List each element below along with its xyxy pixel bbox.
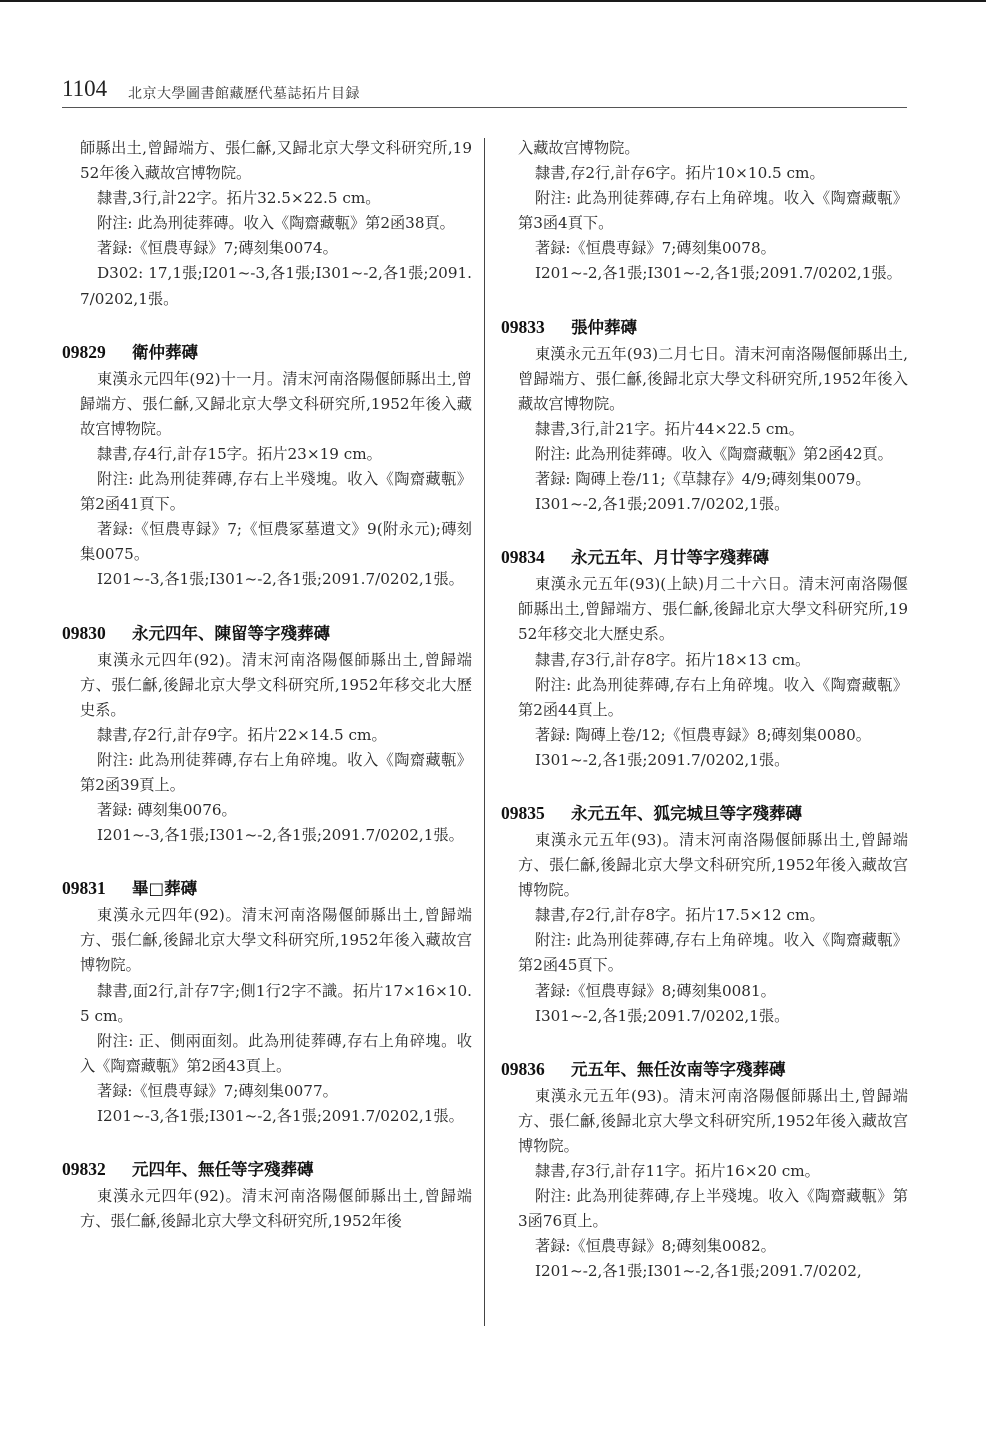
entry-title: 元五年、無任汝南等字殘葬磚	[571, 1060, 786, 1079]
entry-paragraph: 著録:《恒農専録》7;《恒農冢墓遺文》9(附永元);磚刻集0075。	[80, 517, 472, 567]
running-head: 1104 北京大學圖書館藏歷代墓誌拓片目録	[62, 76, 907, 106]
entry-paragraph: I201~-3,各1張;I301~-2,各1張;2091.7/0202,1張。	[80, 1104, 472, 1129]
scan-top-edge	[0, 0, 986, 2]
entry-paragraph: 著録:《恒農専録》7;磚刻集0074。	[80, 236, 472, 261]
entry-paragraph: 著録:《恒農専録》7;磚刻集0078。	[518, 236, 908, 261]
entry-number: 09836	[501, 1055, 571, 1083]
entry-paragraph: 東漢永元五年(93)(上缺)月二十六日。清末河南洛陽偃師縣出土,曾歸端方、張仁龢…	[518, 572, 908, 647]
entry-number: 09830	[62, 619, 132, 647]
entry-paragraph: 東漢永元四年(92)。清末河南洛陽偃師縣出土,曾歸端方、張仁龢,後歸北京大學文科…	[80, 903, 472, 978]
catalog-entry-09835: 09835永元五年、狐完城旦等字殘葬磚 東漢永元五年(93)。清末河南洛陽偃師縣…	[518, 799, 908, 1029]
entry-paragraph: 師縣出土,曾歸端方、張仁龢,又歸北京大學文科研究所,1952年後入藏故宫博物院。	[80, 136, 472, 186]
catalog-entry-09831: 09831畢□葬磚 東漢永元四年(92)。清末河南洛陽偃師縣出土,曾歸端方、張仁…	[80, 874, 472, 1129]
entry-paragraph: 著録:《恒農専録》7;磚刻集0077。	[80, 1079, 472, 1104]
entry-heading: 09834永元五年、月廿等字殘葬磚	[501, 543, 908, 572]
entry-paragraph: 隸書,存4行,計存15字。拓片23×19 cm。	[80, 442, 472, 467]
entry-paragraph: 附注: 此為刑徒葬磚,存右上角碎塊。收入《陶齋藏甎》第3函4頁下。	[518, 186, 908, 236]
entry-title: 張仲葬磚	[571, 318, 637, 337]
entry-paragraph: 著録: 陶磚上卷/11;《草隸存》4/9;磚刻集0079。	[518, 467, 908, 492]
entry-paragraph: 東漢永元四年(92)十一月。清末河南洛陽偃師縣出土,曾歸端方、張仁龢,又歸北京大…	[80, 367, 472, 442]
entry-paragraph: 隸書,存2行,計存9字。拓片22×14.5 cm。	[80, 723, 472, 748]
right-column: 入藏故宫博物院。 隸書,存2行,計存6字。拓片10×10.5 cm。 附注: 此…	[518, 136, 908, 1284]
entry-paragraph: 隸書,3行,計21字。拓片44×22.5 cm。	[518, 417, 908, 442]
page-number: 1104	[62, 76, 107, 102]
catalog-entry-09829: 09829衛仲葬磚 東漢永元四年(92)十一月。清末河南洛陽偃師縣出土,曾歸端方…	[80, 338, 472, 593]
entry-paragraph: 附注: 此為刑徒葬磚,存右上半殘塊。收入《陶齋藏甎》第2函41頁下。	[80, 467, 472, 517]
entry-paragraph: 東漢永元五年(93)二月七日。清末河南洛陽偃師縣出土,曾歸端方、張仁龢,後歸北京…	[518, 342, 908, 417]
entry-paragraph: D302: 17,1張;I201~-3,各1張;I301~-2,各1張;2091…	[80, 261, 472, 311]
entry-number: 09829	[62, 338, 132, 366]
entry-paragraph: 隸書,存3行,計存8字。拓片18×13 cm。	[518, 648, 908, 673]
entry-paragraph: 著録: 陶磚上卷/12;《恒農専録》8;磚刻集0080。	[518, 723, 908, 748]
entry-paragraph: I201~-2,各1張;I301~-2,各1張;2091.7/0202,1張。	[518, 261, 908, 286]
book-title: 北京大學圖書館藏歷代墓誌拓片目録	[128, 83, 360, 103]
entry-title: 永元五年、狐完城旦等字殘葬磚	[571, 804, 802, 823]
entry-paragraph: 附注: 此為刑徒葬磚,存右上角碎塊。收入《陶齋藏甎》第2函39頁上。	[80, 748, 472, 798]
entry-paragraph: 隸書,存3行,計存11字。拓片16×20 cm。	[518, 1159, 908, 1184]
entry-paragraph: 入藏故宫博物院。	[518, 136, 908, 161]
entry-heading: 09832元四年、無任等字殘葬磚	[62, 1155, 472, 1184]
catalog-entry-09832: 09832元四年、無任等字殘葬磚 東漢永元四年(92)。清末河南洛陽偃師縣出土,…	[80, 1155, 472, 1234]
catalog-entry-09830: 09830永元四年、陳留等字殘葬磚 東漢永元四年(92)。清末河南洛陽偃師縣出土…	[80, 619, 472, 849]
entry-paragraph: 附注: 此為刑徒葬磚,存右上角碎塊。收入《陶齋藏甎》第2函44頁上。	[518, 673, 908, 723]
entry-paragraph: 隸書,存2行,計存6字。拓片10×10.5 cm。	[518, 161, 908, 186]
entry-paragraph: 附注: 此為刑徒葬磚,存上半殘塊。收入《陶齋藏甎》第3函76頁上。	[518, 1184, 908, 1234]
entry-title: 永元四年、陳留等字殘葬磚	[132, 624, 330, 643]
catalog-entry-09833: 09833張仲葬磚 東漢永元五年(93)二月七日。清末河南洛陽偃師縣出土,曾歸端…	[518, 313, 908, 518]
entry-paragraph: 東漢永元五年(93)。清末河南洛陽偃師縣出土,曾歸端方、張仁龢,後歸北京大學文科…	[518, 1084, 908, 1159]
entry-paragraph: 著録:《恒農専録》8;磚刻集0081。	[518, 979, 908, 1004]
entry-heading: 09833張仲葬磚	[501, 313, 908, 342]
entry-number: 09831	[62, 874, 132, 902]
entry-paragraph: 附注: 此為刑徒葬磚,存右上角碎塊。收入《陶齋藏甎》第2函45頁下。	[518, 928, 908, 978]
entry-heading: 09836元五年、無任汝南等字殘葬磚	[501, 1055, 908, 1084]
entry-paragraph: 著録: 磚刻集0076。	[80, 798, 472, 823]
entry-paragraph: 東漢永元四年(92)。清末河南洛陽偃師縣出土,曾歸端方、張仁龢,後歸北京大學文科…	[80, 648, 472, 723]
column-divider	[484, 138, 485, 1326]
entry-title: 永元五年、月廿等字殘葬磚	[571, 548, 769, 567]
entry-paragraph: I301~-2,各1張;2091.7/0202,1張。	[518, 492, 908, 517]
entry-paragraph: 附注: 此為刑徒葬磚。收入《陶齋藏甎》第2函38頁。	[80, 211, 472, 236]
catalog-entry-09836: 09836元五年、無任汝南等字殘葬磚 東漢永元五年(93)。清末河南洛陽偃師縣出…	[518, 1055, 908, 1285]
entry-number: 09832	[62, 1155, 132, 1183]
entry-heading: 09835永元五年、狐完城旦等字殘葬磚	[501, 799, 908, 828]
continued-entry: 師縣出土,曾歸端方、張仁龢,又歸北京大學文科研究所,1952年後入藏故宫博物院。…	[80, 136, 472, 312]
entry-heading: 09831畢□葬磚	[62, 874, 472, 903]
entry-number: 09835	[501, 799, 571, 827]
entry-paragraph: I201~-2,各1張;I301~-2,各1張;2091.7/0202,	[518, 1259, 908, 1284]
entry-paragraph: I201~-3,各1張;I301~-2,各1張;2091.7/0202,1張。	[80, 823, 472, 848]
entry-paragraph: 隸書,存2行,計存8字。拓片17.5×12 cm。	[518, 903, 908, 928]
entry-number: 09834	[501, 543, 571, 571]
header-rule	[62, 107, 907, 108]
entry-paragraph: 東漢永元五年(93)。清末河南洛陽偃師縣出土,曾歸端方、張仁龢,後歸北京大學文科…	[518, 828, 908, 903]
entry-paragraph: I301~-2,各1張;2091.7/0202,1張。	[518, 1004, 908, 1029]
entry-heading: 09829衛仲葬磚	[62, 338, 472, 367]
entry-paragraph: 附注: 此為刑徒葬磚。收入《陶齋藏甎》第2函42頁。	[518, 442, 908, 467]
continued-entry: 入藏故宫博物院。 隸書,存2行,計存6字。拓片10×10.5 cm。 附注: 此…	[518, 136, 908, 287]
entry-paragraph: 隸書,3行,計22字。拓片32.5×22.5 cm。	[80, 186, 472, 211]
entry-paragraph: 著録:《恒農専録》8;磚刻集0082。	[518, 1234, 908, 1259]
entry-heading: 09830永元四年、陳留等字殘葬磚	[62, 619, 472, 648]
entry-paragraph: 附注: 正、側兩面刻。此為刑徒葬磚,存右上角碎塊。收入《陶齋藏甎》第2函43頁上…	[80, 1029, 472, 1079]
entry-paragraph: I201~-3,各1張;I301~-2,各1張;2091.7/0202,1張。	[80, 567, 472, 592]
entry-number: 09833	[501, 313, 571, 341]
entry-title: 元四年、無任等字殘葬磚	[132, 1160, 314, 1179]
entry-paragraph: 隸書,面2行,計存7字;側1行2字不識。拓片17×16×10.5 cm。	[80, 979, 472, 1029]
entry-title: 衛仲葬磚	[132, 343, 198, 362]
entry-title: 畢□葬磚	[132, 879, 197, 898]
entry-paragraph: I301~-2,各1張;2091.7/0202,1張。	[518, 748, 908, 773]
left-column: 師縣出土,曾歸端方、張仁龢,又歸北京大學文科研究所,1952年後入藏故宫博物院。…	[80, 136, 472, 1234]
entry-paragraph: 東漢永元四年(92)。清末河南洛陽偃師縣出土,曾歸端方、張仁龢,後歸北京大學文科…	[80, 1184, 472, 1234]
catalog-entry-09834: 09834永元五年、月廿等字殘葬磚 東漢永元五年(93)(上缺)月二十六日。清末…	[518, 543, 908, 773]
